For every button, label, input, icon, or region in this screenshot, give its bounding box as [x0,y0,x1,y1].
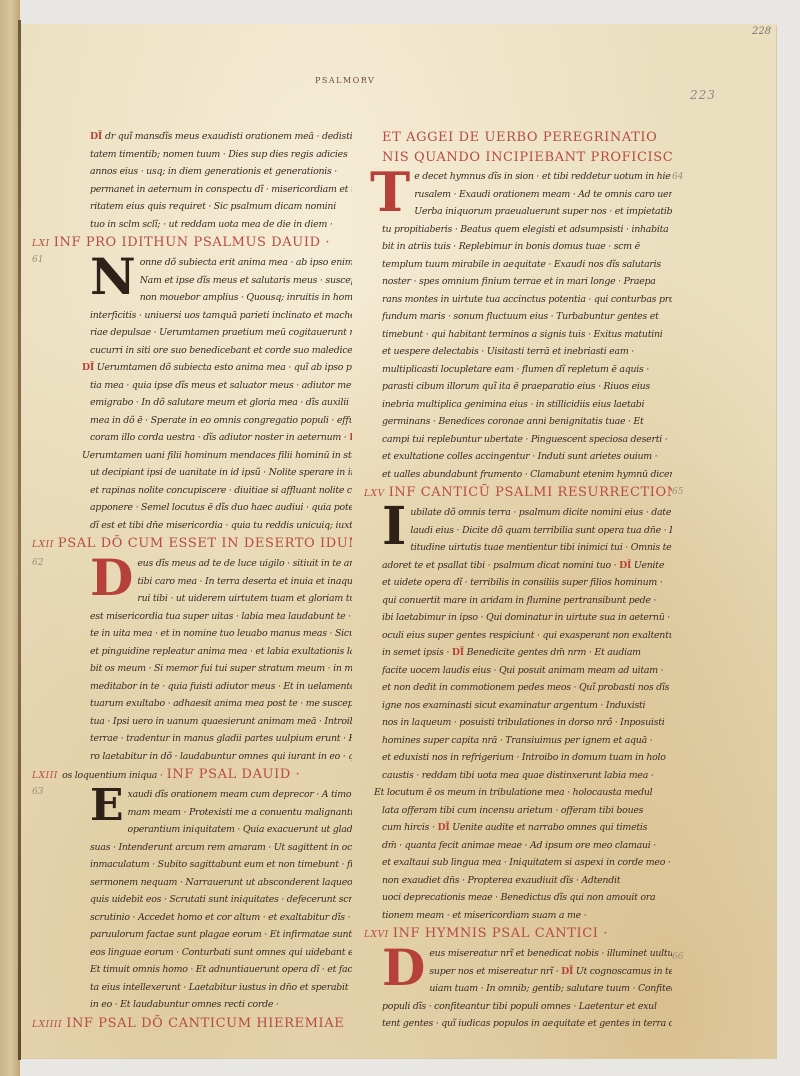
psalm-heading: LXVIINF HYMNIS PSAL CANTICI · [364,924,672,945]
text-line: est misericordia tua super uitas · labia… [90,608,352,626]
text-line: permanet in aeternum in conspectu dĩ · m… [90,181,352,199]
text-line: tu propitiaberis · Beatus quem elegisti … [382,221,672,239]
text-line: tuo in sclm sclĩ; · ut reddam uota mea d… [90,216,352,234]
drop-initial: N [90,256,136,297]
text-line: paruulorum factae sunt plagae eorum · Et… [90,926,352,944]
text-line: terrae · tradentur in manus gladii parte… [90,730,352,748]
text-line: suas · Intenderunt arcum rem amaram · Ut… [90,839,352,857]
text-line: ibi laetabimur in ipso · Qui dominatur i… [382,609,672,627]
text-line: meditabor in te · quia fuisti adiutor me… [90,678,352,696]
text-line: in semet ipsis · DĨ Benedicite gentes dm… [382,644,672,662]
psalm-63: LXIIIos loquentium iniqua · INF PSAL DAU… [90,765,352,1014]
text-line: Uerba iniquorum praeualuerunt super nos … [414,203,672,221]
text-line: templum tuum mirabile in aequitate · Exa… [382,256,672,274]
text-line: inmaculatum · Subito sagittabunt eum et … [90,856,352,874]
psalm-heading: LXVINF CANTICŪ PSALMI RESURRECTIONIS · [364,483,672,504]
text-line: ta eius intellexerunt · Laetabitur iustu… [90,979,352,997]
psalm-heading-continued: NIS QUANDO INCIPIEBANT PROFICISCI · [382,148,672,168]
margin-number: 65 [672,487,683,497]
text-line: ro laetabitur in dõ · laudabuntur omnes … [90,748,352,766]
text-line: lata offeram tibi cum incensu arietum · … [382,802,672,820]
text-line: riae depulsae · Uerumtamen praetium meū … [90,324,352,342]
text-line: rui tibi · ut uiderem uirtutem tuam et g… [137,590,352,608]
psalm-61: LXIINF PRO IDITHUN PSALMUS DAUID · 61 N … [90,233,352,534]
text-line: cucurri in siti ore suo benedicebant et … [90,342,352,360]
text-line: emigrabo · In dõ salutare meum et gloria… [90,394,352,412]
dominus-marker: DĨ [90,131,105,142]
text-line: onne dõ subiecta erit anima mea · ab ips… [140,254,352,272]
psalm-heading: LXIIIos loquentium iniqua · INF PSAL DAU… [32,765,352,786]
text-line: rusalem · Exaudi orationem meam · Ad te … [414,186,672,204]
text-line: titudine uirtutis tuae mentientur tibi i… [410,539,672,557]
text-line: et exaltaui sub lingua mea · Iniquitatem… [382,854,672,872]
running-header: PSALMORV [315,76,375,85]
text-line: cum hircis · DĨ Uenite audite et narrabo… [382,819,672,837]
text-line: bit os meum · Si memor fui tui super str… [90,660,352,678]
text-line: Et locutum ē os meum in tribulatione mea… [374,784,672,802]
text-line: tent gentes · quĩ iudicas populos in aeq… [382,1015,672,1033]
text-line: sermonem nequam · Narrauerunt ut abscond… [90,874,352,892]
text-line: et rapinas nolite concupiscere · diuitia… [90,482,352,500]
margin-number: 61 [32,255,43,265]
text-line: eus dĩs meus ad te de luce uigilo · siti… [137,555,352,573]
book-binding [0,0,20,1076]
psalm-64: ET AGGEI DE UERBO PEREGRINATIO NIS QUAND… [382,128,672,483]
text-line: apponere · Semel locutus ē dĩs duo haec … [90,499,352,517]
text-line: tia mea · quia ipse dĩs meus et saluator… [90,377,352,395]
text-line: ut decipiant ipsi de uanitate in id ipsũ… [90,464,352,482]
text-line: te in uita mea · et in nomine tuo leuabo… [90,625,352,643]
psalm-heading: LXIIIIINF PSAL DÕ CANTICUM HIEREMIAE [32,1014,352,1035]
text-line: germinans · Benedices coronae anni benig… [382,413,672,431]
text-line: et exultatione colles accingentur · Indu… [382,448,672,466]
folio-number: 228 [752,26,771,37]
margin-number: 64 [672,172,683,182]
text-line: dm̄ · quanta fecit animae meae · Ad ipsu… [382,837,672,855]
text-line: et eduxisti nos in refrigerium · Introib… [382,749,672,767]
psalm-heading-continued: ET AGGEI DE UERBO PEREGRINATIO [382,128,672,148]
text-line: uiam tuam · In omnib; gentib; salutare t… [429,980,672,998]
text-line: xaudi dĩs orationem meam cum deprecor · … [128,786,352,804]
psalm-65: LXVINF CANTICŪ PSALMI RESURRECTIONIS · 6… [382,483,672,924]
margin-number: 63 [32,787,43,797]
psalm-heading: LXIIPSAL DÕ CUM ESSET IN DESERTO IDUMEAE… [32,534,352,555]
text-line: fundum maris · sonum fluctuum eius · Tur… [382,308,672,326]
text-line: eus misereatur nrĩ et benedicat nobis · … [429,945,672,963]
text-line: bit in atriis tuis · Replebimur in bonis… [382,238,672,256]
text-line: e decet hymnus dĩs in sion · et tibi red… [414,168,672,186]
text-line: non exaudiet dn̄s · Propterea exaudiuit … [382,872,672,890]
text-line: campi tui replebuntur ubertate · Pingues… [382,431,672,449]
drop-initial: I [382,506,406,549]
psalm-64-heading: LXIIIIINF PSAL DÕ CANTICUM HIEREMIAE [90,1014,352,1035]
text-line: oculi eius super gentes respiciunt · qui… [382,627,672,645]
text-line: uoci deprecationis meae · Benedictus dĩs… [382,889,672,907]
text-line: inebria multiplica genimina eius · in st… [382,396,672,414]
text-line: operantium iniquitatem · Quia exacuerunt… [128,821,352,839]
text-line: et uespere delectabis · Uisitasti terrā … [382,343,672,361]
text-line: Nam et ipse dĩs meus et salutaris meus ·… [140,272,352,290]
page-number: 223 [690,88,716,102]
text-line: et ualles abundabunt frumento · Clamabun… [382,466,672,484]
text-line: quis uidebit eos · Scrutati sunt iniquit… [90,891,352,909]
text-line: igne nos examinasti sicut examinatur arg… [382,697,672,715]
drop-initial: T [370,170,410,214]
text-line: adoret te et psallat tibi · psalmum dica… [382,557,672,575]
text-line: tionem meam · et misericordiam suam a me… [382,907,672,925]
text-line: annos eius · usq; in diem generationis e… [90,163,352,181]
psalm-62: LXIIPSAL DÕ CUM ESSET IN DESERTO IDUMEAE… [90,534,352,765]
text-line: ubilate dõ omnis terra · psalmum dicite … [410,504,672,522]
margin-number: 66 [672,952,683,962]
text-line: et pinguidine repleatur anima mea · et l… [90,643,352,661]
text-line: DĨ dr quĩ mansdĩs meus exaudisti oration… [90,128,352,146]
text-line: scrutinio · Accedet homo et cor altum · … [90,909,352,927]
text-line: mea in dõ ē · Sperate in eo omnis congre… [90,412,352,430]
text-line: caustis · reddam tibi uota mea quae dist… [382,767,672,785]
text-line: DĨ Uerumtamen dõ subiecta esto anima mea… [82,359,352,377]
psalm-66: LXVIINF HYMNIS PSAL CANTICI · 66 D eus m… [382,924,672,1033]
text-line: et uidete opera dĩ · terribilis in consi… [382,574,672,592]
right-column: ET AGGEI DE UERBO PEREGRINATIO NIS QUAND… [382,128,672,1033]
text-line: laudi eius · Dicite dõ quam terribilia s… [410,522,672,540]
drop-initial: D [382,947,425,988]
text-line: super nos et misereatur nrĩ · DĨ Ut cogn… [429,963,672,981]
text-line: Et timuit omnis homo · Et adnuntiauerunt… [90,961,352,979]
text-line: in eo · Et laudabuntur omnes recti corde… [90,996,352,1014]
text-line: tibi caro mea · In terra deserta et inui… [137,573,352,591]
left-column: DĨ dr quĩ mansdĩs meus exaudisti oration… [90,128,352,1035]
text-line: eos linguae eorum · Conturbati sunt omne… [90,944,352,962]
text-line: qui conuertit mare in aridam in flumine … [382,592,672,610]
text-line: nos in laqueum · posuisti tribulationes … [382,714,672,732]
text-line: mam meam · Protexisti me a conuentu mali… [128,804,352,822]
text-line: tatem timentib; nomen tuum · Dies sup di… [90,146,352,164]
text-line: homines super capita nrā · Transiuimus p… [382,732,672,750]
text-line: dĩ est et tibi dn̄e misericordia · quia … [90,517,352,535]
text-line: populi dĩs · confiteantur tibi populi om… [382,998,672,1016]
psalm-60-ending: DĨ dr quĩ mansdĩs meus exaudisti oration… [90,128,352,233]
text-line: coram illo corda uestra · dĩs adiutor no… [90,429,352,447]
text-line: interficitis · uniuersi uos tamquā parie… [90,307,352,325]
text-line: non mouebor amplius · Quousq; inruitis i… [140,289,352,307]
text-line: et non dedit in commotionem pedes meos ·… [382,679,672,697]
text-line: rans montes in uirtute tua accinctus pot… [382,291,672,309]
text-line: ritatem eius quis requiret · Sic psalmum… [90,198,352,216]
margin-number: 62 [32,558,43,568]
text-line: noster · spes omnium finium terrae et in… [382,273,672,291]
psalm-heading: LXIINF PRO IDITHUN PSALMUS DAUID · [32,233,352,254]
text-line: timebunt · qui habitant terminos a signi… [382,326,672,344]
drop-initial: E [90,788,124,824]
text-line: tuarum exultabo · adhaesit anima mea pos… [90,695,352,713]
text-line: multiplicasti locupletare eam · flumen d… [382,361,672,379]
text-line: parasti cibum illorum quĩ ita ē praepara… [382,378,672,396]
text-line: Uerumtamen uani filii hominum mendaces f… [82,447,352,465]
drop-initial: D [90,557,133,598]
text-line: tua · Ipsi uero in uanum quaesierunt ani… [90,713,352,731]
text-line: facite uocem laudis eius · Qui posuit an… [382,662,672,680]
